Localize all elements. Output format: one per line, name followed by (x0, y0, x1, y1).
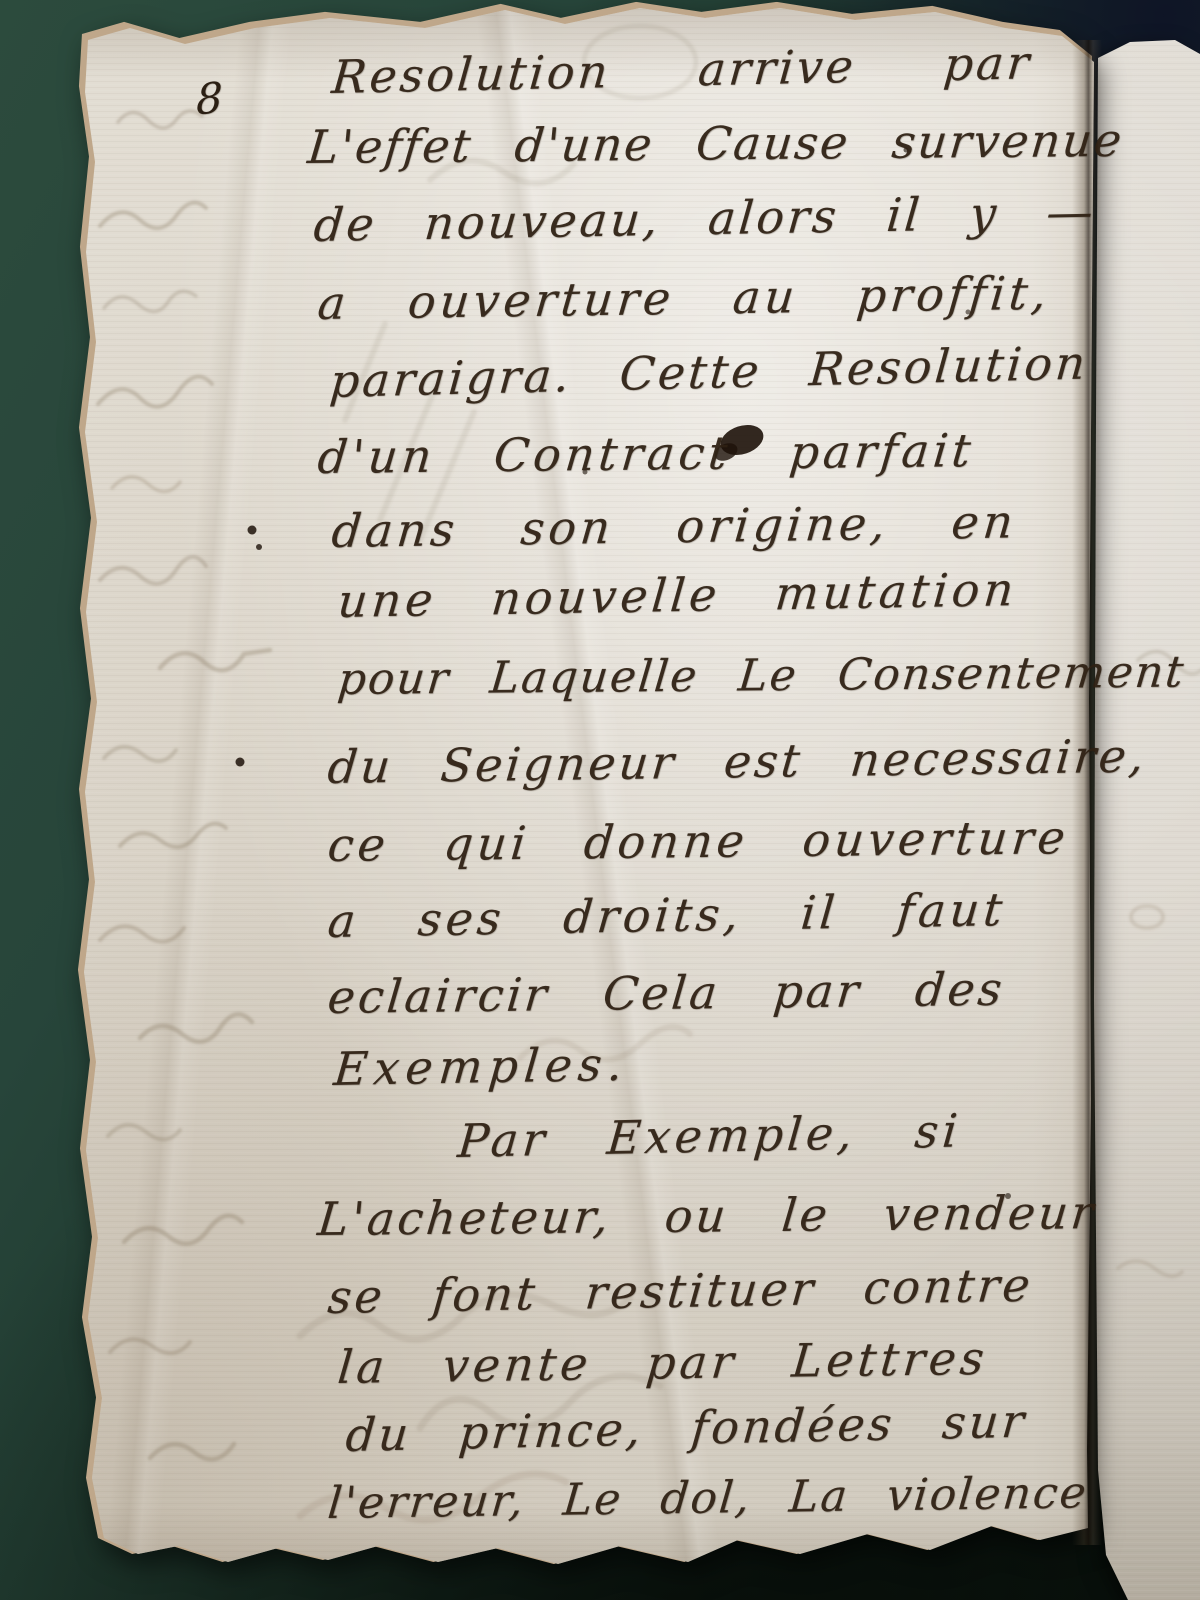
handwritten-line: pour Laquelle Le Consentement (336, 647, 1188, 705)
handwritten-line: Par Exemple, si (456, 1103, 964, 1168)
handwritten-line: eclaircir Cela par des (325, 962, 1007, 1024)
manuscript-photo: 8 Resolution arrive par L'effet d'une Ca… (0, 0, 1200, 1600)
handwritten-line: dans son origine, en (330, 494, 1020, 558)
handwritten-line: l'erreur, Le dol, La violence (326, 1467, 1090, 1529)
handwritten-line: Exemples. (332, 1037, 631, 1096)
handwritten-line: ce qui donne ouverture (325, 810, 1071, 872)
page-number: 8 (196, 72, 223, 124)
handwritten-line: d'un Contract parfait (315, 423, 977, 484)
gutter-fold (1072, 40, 1102, 1545)
handwritten-line: du Seigneur est necessaire, (326, 729, 1150, 794)
handwritten-line: L'effet d'une Cause survenue (305, 113, 1126, 174)
handwritten-line: la vente par Lettres (336, 1331, 991, 1394)
handwritten-line: a ouverture au proffit, (316, 266, 1053, 330)
handwritten-line: L'acheteur, ou le vendeur (315, 1185, 1098, 1246)
